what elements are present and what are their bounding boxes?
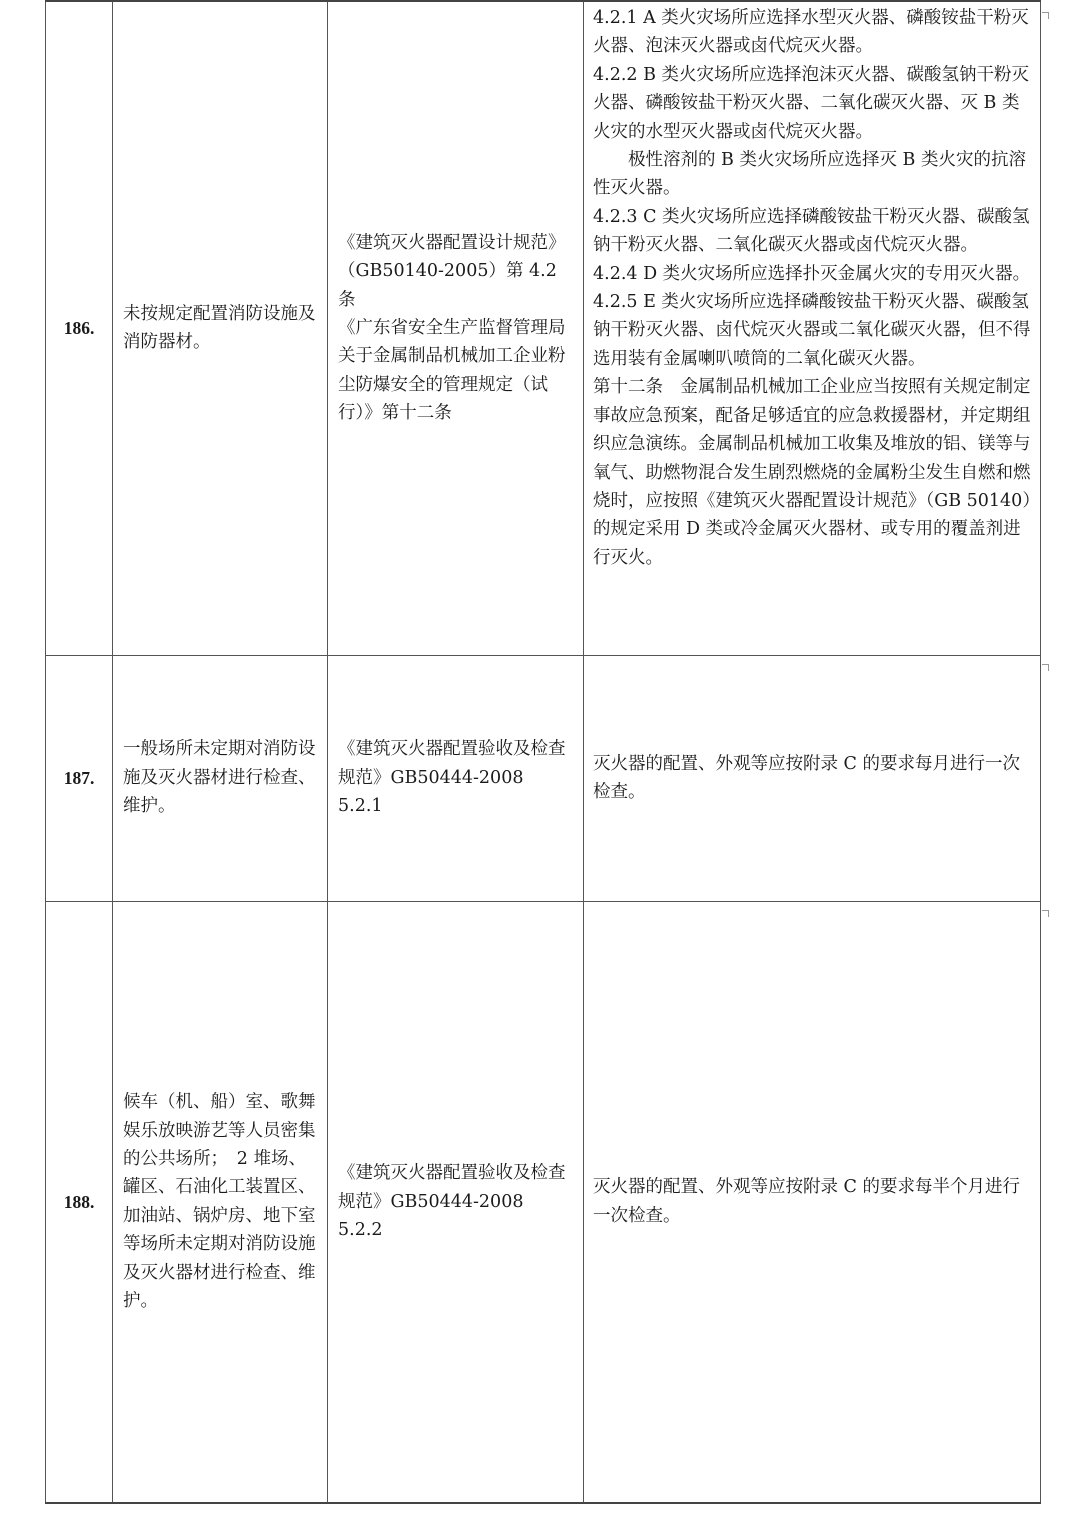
basis-cell: 《建筑灭火器配置设计规范》（GB50140-2005）第 4.2 条 《广东省安…: [328, 1, 584, 655]
issue-cell: 候车（机、船）室、歌舞娱乐放映游艺等人员密集的公共场所； 2 堆场、罐区、石油化…: [113, 901, 328, 1503]
table-row: 186. 未按规定配置消防设施及消防器材。 《建筑灭火器配置设计规范》（GB50…: [46, 1, 1041, 655]
clause-text-cell: 灭火器的配置、外观等应按附录 C 的要求每月进行一次检查。: [584, 655, 1041, 901]
document-page: 186. 未按规定配置消防设施及消防器材。 《建筑灭火器配置设计规范》（GB50…: [0, 0, 1080, 1528]
basis-cell: 《建筑灭火器配置验收及检查规范》GB50444-2008 5.2.1: [328, 655, 584, 901]
row-number-cell: 186.: [46, 1, 113, 655]
regulation-table: 186. 未按规定配置消防设施及消防器材。 《建筑灭火器配置设计规范》（GB50…: [45, 0, 1041, 1504]
issue-text: 未按规定配置消防设施及消防器材。: [113, 300, 327, 357]
clause-paragraph: 灭火器的配置、外观等应按附录 C 的要求每半个月进行一次检查。: [593, 1173, 1034, 1230]
issue-cell: 未按规定配置消防设施及消防器材。: [113, 1, 328, 655]
issue-text: 候车（机、船）室、歌舞娱乐放映游艺等人员密集的公共场所； 2 堆场、罐区、石油化…: [113, 1088, 327, 1315]
table-row: 187. 一般场所未定期对消防设施及灭火器材进行检查、维护。 《建筑灭火器配置验…: [46, 655, 1041, 901]
basis-cell: 《建筑灭火器配置验收及检查规范》GB50444-2008 5.2.2: [328, 901, 584, 1503]
row-number: 186.: [64, 318, 95, 338]
clause-paragraph: 灭火器的配置、外观等应按附录 C 的要求每月进行一次检查。: [593, 750, 1034, 807]
row-number: 187.: [64, 768, 95, 788]
clause-paragraph: 4.2.3 C 类火灾场所应选择磷酸铵盐干粉灭火器、碳酸氢钠干粉灭火器、二氧化碳…: [593, 203, 1034, 260]
clause-paragraph: 4.2.2 B 类火灾场所应选择泡沫灭火器、碳酸氢钠干粉灭火器、磷酸铵盐干粉灭火…: [593, 61, 1034, 146]
clause-paragraph: 4.2.1 A 类火灾场所应选择水型灭火器、磷酸铵盐干粉灭火器、泡沫灭火器或卤代…: [593, 4, 1034, 61]
issue-text: 一般场所未定期对消防设施及灭火器材进行检查、维护。: [113, 735, 327, 820]
basis-line: 《广东省安全生产监督管理局关于金属制品机械加工企业粉尘防爆安全的管理规定（试行）…: [338, 314, 577, 428]
row-number-cell: 187.: [46, 655, 113, 901]
basis-line: 《建筑灭火器配置设计规范》（GB50140-2005）第 4.2 条: [338, 229, 577, 314]
clause-paragraph: 第十二条 金属制品机械加工企业应当按照有关规定制定事故应急预案，配备足够适宜的应…: [593, 373, 1034, 572]
table-row: 188. 候车（机、船）室、歌舞娱乐放映游艺等人员密集的公共场所； 2 堆场、罐…: [46, 901, 1041, 1503]
issue-cell: 一般场所未定期对消防设施及灭火器材进行检查、维护。: [113, 655, 328, 901]
paragraph-mark-icon: [1042, 664, 1049, 671]
paragraph-mark-icon: [1042, 12, 1049, 19]
basis-line: 5.2.2: [338, 1216, 577, 1244]
basis-line: 《建筑灭火器配置验收及检查规范》GB50444-2008: [338, 1159, 577, 1216]
row-number-cell: 188.: [46, 901, 113, 1503]
basis-line: 《建筑灭火器配置验收及检查规范》GB50444-2008: [338, 735, 577, 792]
clause-text-cell: 4.2.1 A 类火灾场所应选择水型灭火器、磷酸铵盐干粉灭火器、泡沫灭火器或卤代…: [584, 1, 1041, 655]
clause-paragraph: 4.2.4 D 类火灾场所应选择扑灭金属火灾的专用灭火器。: [593, 260, 1034, 288]
clause-paragraph: 极性溶剂的 B 类火灾场所应选择灭 B 类火灾的抗溶性灭火器。: [593, 146, 1034, 203]
clause-text-cell: 灭火器的配置、外观等应按附录 C 的要求每半个月进行一次检查。: [584, 901, 1041, 1503]
paragraph-mark-icon: [1042, 910, 1049, 917]
basis-line: 5.2.1: [338, 792, 577, 820]
clause-paragraph: 4.2.5 E 类火灾场所应选择磷酸铵盐干粉灭火器、碳酸氢钠干粉灭火器、卤代烷灭…: [593, 288, 1034, 373]
row-number: 188.: [64, 1192, 95, 1212]
